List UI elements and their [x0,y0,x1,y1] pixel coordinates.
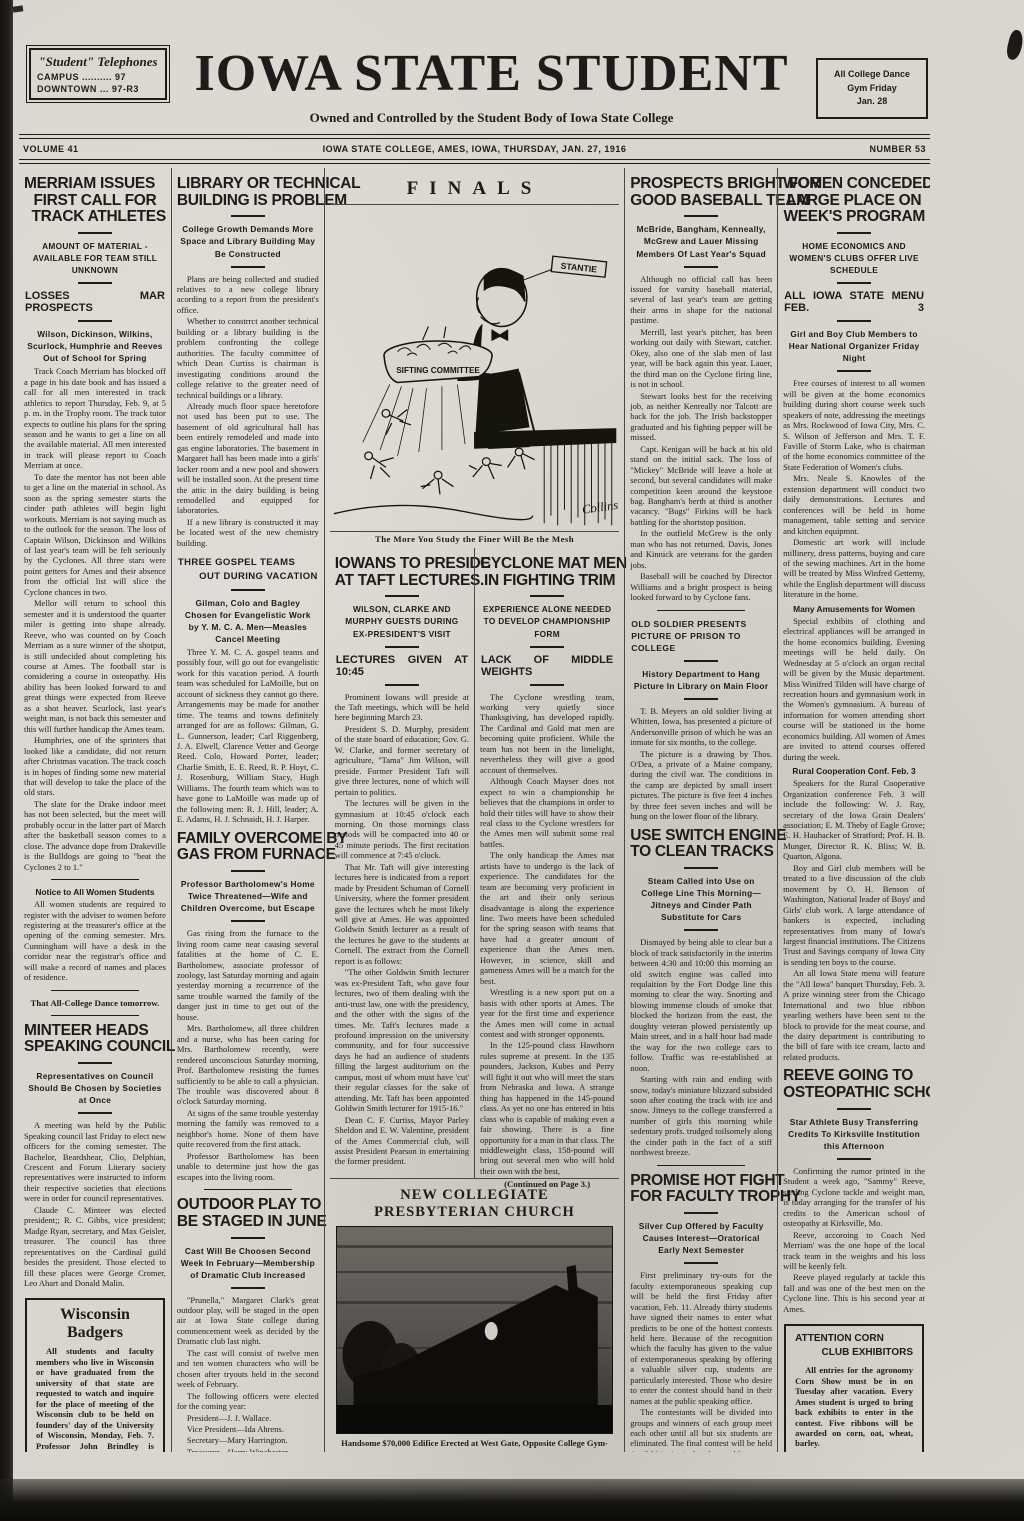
divider [684,660,718,662]
rule [657,1165,745,1166]
subhead: AMOUNT OF MATERIAL - AVAILABLE FOR TEAM … [26,240,164,276]
paragraph: Plans are being collected and studied re… [177,274,319,316]
paragraph: Stewart looks best for the receiving job… [630,391,772,443]
headline: MERRIAM ISSUES FIRST CALL FOR TRACK ATHL… [24,176,166,226]
dance-line1: All College Dance [826,68,918,82]
column-3: IOWANS TO PRESIDE AT TAFT LECTURES WILSO… [330,548,474,1178]
paragraph: The cast will consist of twelve men and … [177,1348,319,1390]
column-2: LIBRARY OR TECHNICAL BUILDING IS PROBLEM… [171,168,324,1452]
divider [231,589,265,591]
paragraph: President—J. J. Wallace. [177,1413,319,1423]
paragraph: If a new library is constructed it may b… [177,517,319,548]
subhead: Cast Will Be Choosen Second Week In Febr… [179,1245,317,1281]
article-body: Although no official call has been issue… [630,274,772,603]
divider [231,920,265,922]
divider [684,1212,718,1214]
divider [78,232,112,234]
article-body: Dismayed by being able to clear but a bl… [630,937,772,1158]
volume: VOLUME 41 [23,144,183,154]
campus-phone: CAMPUS .......... 97 [37,72,159,82]
rule [51,990,139,991]
dateline-row: VOLUME 41 IOWA STATE COLLEGE, AMES, IOWA… [19,141,930,157]
paragraph: Reeve played regularly at tackle this fa… [783,1272,925,1314]
crosshead: OLD SOLDIER PRESENTS PICTURE OF PRISON T… [631,618,771,654]
paragraph: The lectures will be given in the gymnas… [335,798,469,861]
cartoon-drawing: STANTIE SIFTING COMMITTEE Collins [330,207,619,529]
scan-edge-bottom [0,1479,1024,1521]
paragraph: All women students are required to regis… [24,899,166,983]
notice-title: Notice to All Women Students [24,887,166,897]
paper-title: IOWA STATE STUDENT [167,48,816,100]
divider [530,646,564,648]
paragraph: The picture is a drawing by Thos. O'Dea,… [630,749,772,822]
notice-women-students: Notice to All Women Students All women s… [24,887,166,983]
article-minteer: MINTEER HEADS SPEAKING COUNCIL Represent… [24,1023,166,1289]
article-furnace: FAMILY OVERCOME BY GAS FROM FURNACE Prof… [177,831,319,1182]
paragraph: All entries for the agronomy Corn Show m… [795,1365,913,1449]
cartoon-caption: The More You Study the Finer Will Be the… [330,534,619,544]
article-body: Gas rising from the furnace to the livin… [177,928,319,1182]
subhead: Wilson, Dickinson, Wilkins, Scurlock, Hu… [26,328,164,364]
paragraph: At signs of the same trouble yesterday m… [177,1108,319,1150]
divider [837,370,871,372]
divider [78,282,112,284]
divider [385,684,419,686]
rule [19,159,930,164]
sub-crosshead: Rural Cooperation Conf. Feb. 3 [783,766,925,776]
paragraph: Already much floor space heretofore not … [177,401,319,516]
paragraph: A meeting was held by the Public Speakin… [24,1120,166,1204]
paragraph: President S. D. Murphy, president of the… [335,724,469,797]
paragraph: Track Coach Merriam has blocked off a pa… [24,366,166,471]
subhead: HOME ECONOMICS AND WOMEN'S CLUBS OFFER L… [785,240,923,276]
box-body: All entries for the agronomy Corn Show m… [795,1365,913,1449]
article-body: Prominent Iowans will preside at the Taf… [335,692,469,1167]
article-women-program: WOMEN CONCEDED LARGE PLACE ON WEEK'S PRO… [783,176,925,1062]
article-body: Confirming the rumor printed in the Stud… [783,1166,925,1314]
issue-number: NUMBER 53 [766,144,926,154]
divider [837,1108,871,1110]
subhead: History Department to Hang Picture In Li… [632,668,770,692]
paragraph: Domestic art work will include millinery… [783,537,925,600]
divider [530,595,564,597]
subhead: Steam Called into Use on College Line Th… [632,875,770,923]
paragraph: Professor Bartholomew has been unable to… [177,1151,319,1182]
rule [51,879,139,880]
sub-crosshead: Many Amusements for Women [783,604,925,614]
divider [684,1262,718,1264]
box-title: ATTENTION CORN CLUB EXHIBITORS [795,1332,913,1360]
paragraph: Wrestling is a new sport put on a basis … [480,987,614,1039]
column-5: PROSPECTS BRIGHT FOR GOOD BASEBALL TEAM … [624,168,777,1452]
column-6: WOMEN CONCEDED LARGE PLACE ON WEEK'S PRO… [777,168,930,1452]
paragraph: Reeve, accoroing to Coach Ned Merriam' w… [783,1230,925,1272]
article-body: A meeting was held by the Public Speakin… [24,1120,166,1288]
headline: LIBRARY OR TECHNICAL BUILDING IS PROBLEM [177,176,319,209]
paragraph: Dismayed by being able to clear but a bl… [630,937,772,1073]
article-outdoor-play: OUTDOOR PLAY TO BE STAGED IN JUNE Cast W… [177,1197,319,1452]
headline: MINTEER HEADS SPEAKING COUNCIL [24,1023,166,1056]
corn-club-box: ATTENTION CORN CLUB EXHIBITORS All entri… [784,1324,924,1452]
divider [231,266,265,268]
telephones-box: "Student" Telephones CAMPUS .......... 9… [29,48,167,100]
divider [231,1237,265,1239]
paragraph: Baseball will be coached by Director Wil… [630,571,772,602]
article-old-soldier: OLD SOLDIER PRESENTS PICTURE OF PRISON T… [630,618,772,822]
paragraph: Mrs. Bartholomew, all three children and… [177,1023,319,1107]
article-body: "Prunella," Margaret Clark's great outdo… [177,1295,319,1452]
crosshead: ALL IOWA STATE MENU FEB. 3 [784,290,924,314]
paragraph: All students and faculty members who liv… [36,1346,154,1452]
headline: FAMILY OVERCOME BY GAS FROM FURNACE [177,831,319,864]
divider [684,867,718,869]
nameplate: IOWA STATE STUDENT Owned and Controlled … [167,48,816,126]
dance-line2: Gym Friday [826,82,918,96]
article-baseball: PROSPECTS BRIGHT FOR GOOD BASEBALL TEAM … [630,176,772,603]
subhead: Representatives on Council Should Be Cho… [26,1070,164,1106]
wisconsin-badgers-box: Wisconsin Badgers All students and facul… [25,1298,165,1452]
paragraph: In the outfield McGrew is the only man w… [630,528,772,570]
paragraph: In the 125-pound class Hawthorn rules su… [480,1040,614,1176]
notice-body: All women students are required to regis… [24,899,166,983]
paragraph: An all Iowa State menu will feature the … [783,968,925,1062]
editorial-cartoon: FINALS [330,170,619,548]
divider [385,595,419,597]
church-photo [336,1226,613,1434]
headline: USE SWITCH ENGINE TO CLEAN TRACKS [630,828,772,861]
headline: PROSPECTS BRIGHT FOR GOOD BASEBALL TEAM [630,176,772,209]
headline: REEVE GOING TO OSTEOPATHIC SCHOOL [783,1068,925,1101]
paragraph: The contestants will be divided into gro… [630,1407,772,1452]
dance-announcement-box: All College Dance Gym Friday Jan. 28 [816,58,928,119]
column-center: FINALS [324,168,624,1452]
subhead: Gilman, Colo and Bagley Chosen for Evang… [179,597,317,645]
paragraph: Mrs. Neale S. Knowles of the extension d… [783,473,925,536]
church-section: NEW COLLEGIATE PRESBYTERIAN CHURCH [330,1178,619,1450]
subhead: Silver Cup Offered by Faculty Causes Int… [632,1220,770,1256]
divider [78,1062,112,1064]
divider [684,215,718,217]
crosshead: LOSSES MAR PROSPECTS [25,290,165,314]
paragraph: Capt. Kenigan will be back at his old st… [630,444,772,528]
divider [837,282,871,284]
paragraph: Secretary—Mary Harrington. [177,1435,319,1445]
headline: CYCLONE MAT MEN .IN FIGHTING TRIM [480,556,614,589]
paragraph: Whether to constrrct another technical b… [177,316,319,400]
rule [51,1015,139,1016]
paragraph: Although Coach Mayser does not expect to… [480,776,614,849]
divider [684,929,718,931]
paragraph: Gas rising from the furnace to the livin… [177,928,319,1022]
paragraph: Treasurer—Harry Winchester. [177,1447,319,1452]
divider [78,320,112,322]
dance-line3: Jan. 28 [826,95,918,109]
center-split: IOWANS TO PRESIDE AT TAFT LECTURES WILSO… [330,548,619,1178]
paragraph: Starting with rain and ending with snow,… [630,1074,772,1158]
paragraph: Claude C. Minteer was elected president;… [24,1205,166,1289]
subhead: Girl and Boy Club Members to Hear Nation… [785,328,923,364]
paragraph: First preliminary try-outs for the facul… [630,1270,772,1406]
telephones-title: "Student" Telephones [37,54,159,70]
divider [837,1158,871,1160]
subhead: McBride, Bangham, Kenneally, McGrew and … [632,223,770,259]
paragraph: Dean C. F. Curtiss, Mayor Parley Sheldon… [335,1115,469,1167]
paragraph: Prominent Iowans will preside at the Taf… [335,692,469,723]
crosshead: THREE GOSPEL TEAMS OUT DURING VACATION [178,556,318,583]
headline: WOMEN CONCEDED LARGE PLACE ON WEEK'S PRO… [783,176,925,226]
paragraph: Speakers for the Rural Cooperative Organ… [783,778,925,862]
divider [837,320,871,322]
crosshead: LECTURES GIVEN AT 10:45 [336,654,468,678]
paragraph: Boy and Girl club members will be treate… [783,863,925,968]
subhead: Professor Bartholomew's Home Twice Threa… [179,878,317,914]
paragraph: The slate for the Drake indoor meet has … [24,799,166,872]
paragraph: T. B. Meyers an old soldier living at Wh… [630,706,772,748]
subhead: Star Athlete Busy Transferring Credits T… [785,1116,923,1152]
paragraph: Mellor will return to school this semest… [24,598,166,734]
paragraph: "Prunella," Margaret Clark's great outdo… [177,1295,319,1347]
article-merriam: MERRIAM ISSUES FIRST CALL FOR TRACK ATHL… [24,176,166,872]
rule [657,610,745,611]
cartoon-sieve-label: SIFTING COMMITTEE [396,366,480,375]
paragraph: To date the mentor has not been able to … [24,472,166,597]
paragraph: Merrill, last year's pitcher, has been w… [630,327,772,390]
paragraph: Special exhibits of clothing and electri… [783,616,925,762]
headline: OUTDOOR PLAY TO BE STAGED IN JUNE [177,1197,319,1230]
columns: MERRIAM ISSUES FIRST CALL FOR TRACK ATHL… [19,168,930,1452]
divider [231,1287,265,1289]
paragraph: The only handicap the Ames mat artists h… [480,850,614,986]
article-body: Special exhibits of clothing and electri… [783,616,925,762]
dateline: IOWA STATE COLLEGE, AMES, IOWA, THURSDAY… [183,144,766,154]
article-taft: IOWANS TO PRESIDE AT TAFT LECTURES WILSO… [335,556,469,1167]
subhead: EXPERIENCE ALONE NEEDED TO DEVELOP CHAMP… [482,603,612,639]
divider [231,870,265,872]
scan-edge-left [0,0,13,1521]
divider [684,266,718,268]
box-title: Wisconsin Badgers [36,1306,154,1342]
paragraph: Free courses of interest to all women wi… [783,378,925,472]
newspaper-page: "Student" Telephones CAMPUS .......... 9… [13,0,976,1521]
dance-reminder: That All-College Dance tomorrow. [24,998,166,1008]
article-body: First preliminary try-outs for the facul… [630,1270,772,1452]
divider [78,1112,112,1114]
downtown-phone: DOWNTOWN ... 97-R3 [37,84,159,94]
paragraph: The following officers were elected for … [177,1391,319,1412]
headline: IOWANS TO PRESIDE AT TAFT LECTURES [335,556,469,589]
subhead: College Growth Demands More Space and Li… [179,223,317,259]
column-1: MERRIAM ISSUES FIRST CALL FOR TRACK ATHL… [19,168,171,1452]
scan-mark-top-right [1005,29,1024,61]
church-photo-caption: Handsome $70,000 Edifice Erected at West… [336,1438,613,1448]
box-body: All students and faculty members who liv… [36,1346,154,1452]
article-body: Speakers for the Rural Cooperative Organ… [783,778,925,1062]
paragraph: "The other Goldwin Smith lecturer was ex… [335,967,469,1113]
column-4: CYCLONE MAT MEN .IN FIGHTING TRIM EXPERI… [474,548,619,1178]
headline: PROMISE HOT FIGHT FOR FACULTY TROPHY [630,1173,772,1206]
rule [19,134,930,139]
article-gospel-teams: THREE GOSPEL TEAMS OUT DURING VACATION G… [177,556,319,824]
cartoonist-signature: Collins [581,498,619,517]
divider [530,684,564,686]
church-title: NEW COLLEGIATE PRESBYTERIAN CHURCH [336,1187,613,1221]
article-faculty-trophy: PROMISE HOT FIGHT FOR FACULTY TROPHY Sil… [630,1173,772,1452]
church-photo-image [337,1227,612,1433]
article-reeve: REEVE GOING TO OSTEOPATHIC SCHOOL Star A… [783,1068,925,1314]
divider [837,232,871,234]
paragraph: Three Y. M. C. A. gospel teams and possi… [177,647,319,825]
article-mat-men: CYCLONE MAT MEN .IN FIGHTING TRIM EXPERI… [480,556,614,1189]
cartoon-image: STANTIE SIFTING COMMITTEE Collins [330,204,619,532]
paragraph: The Cyclone wrestling team, working very… [480,692,614,776]
divider [385,646,419,648]
cartoon-title: FINALS [330,178,619,200]
paragraph: Humphries, one of the sprinters that loo… [24,735,166,798]
article-body: Plans are being collected and studied re… [177,274,319,549]
article-body: Track Coach Merriam has blocked off a pa… [24,366,166,872]
article-switch-engine: USE SWITCH ENGINE TO CLEAN TRACKS Steam … [630,828,772,1158]
article-body: The Cyclone wrestling team, working very… [480,692,614,1177]
paragraph: That Mr. Taft will give interesting lect… [335,862,469,967]
divider [684,698,718,700]
article-body: Three Y. M. C. A. gospel teams and possi… [177,647,319,825]
paragraph: Although no official call has been issue… [630,274,772,326]
article-body: T. B. Meyers an old soldier living at Wh… [630,706,772,822]
divider [231,215,265,217]
masthead: "Student" Telephones CAMPUS .......... 9… [19,48,930,126]
paper-tagline: Owned and Controlled by the Student Body… [167,110,816,126]
paragraph: Vice President—Ida Ahrens. [177,1424,319,1434]
paragraph: Confirming the rumor printed in the Stud… [783,1166,925,1229]
subhead: WILSON, CLARKE AND MURPHY GUESTS DURING … [337,603,467,639]
article-body: Free courses of interest to all women wi… [783,378,925,600]
crosshead: LACK OF MIDDLE WEIGHTS [481,654,613,678]
article-library: LIBRARY OR TECHNICAL BUILDING IS PROBLEM… [177,176,319,548]
rule [204,1189,292,1190]
